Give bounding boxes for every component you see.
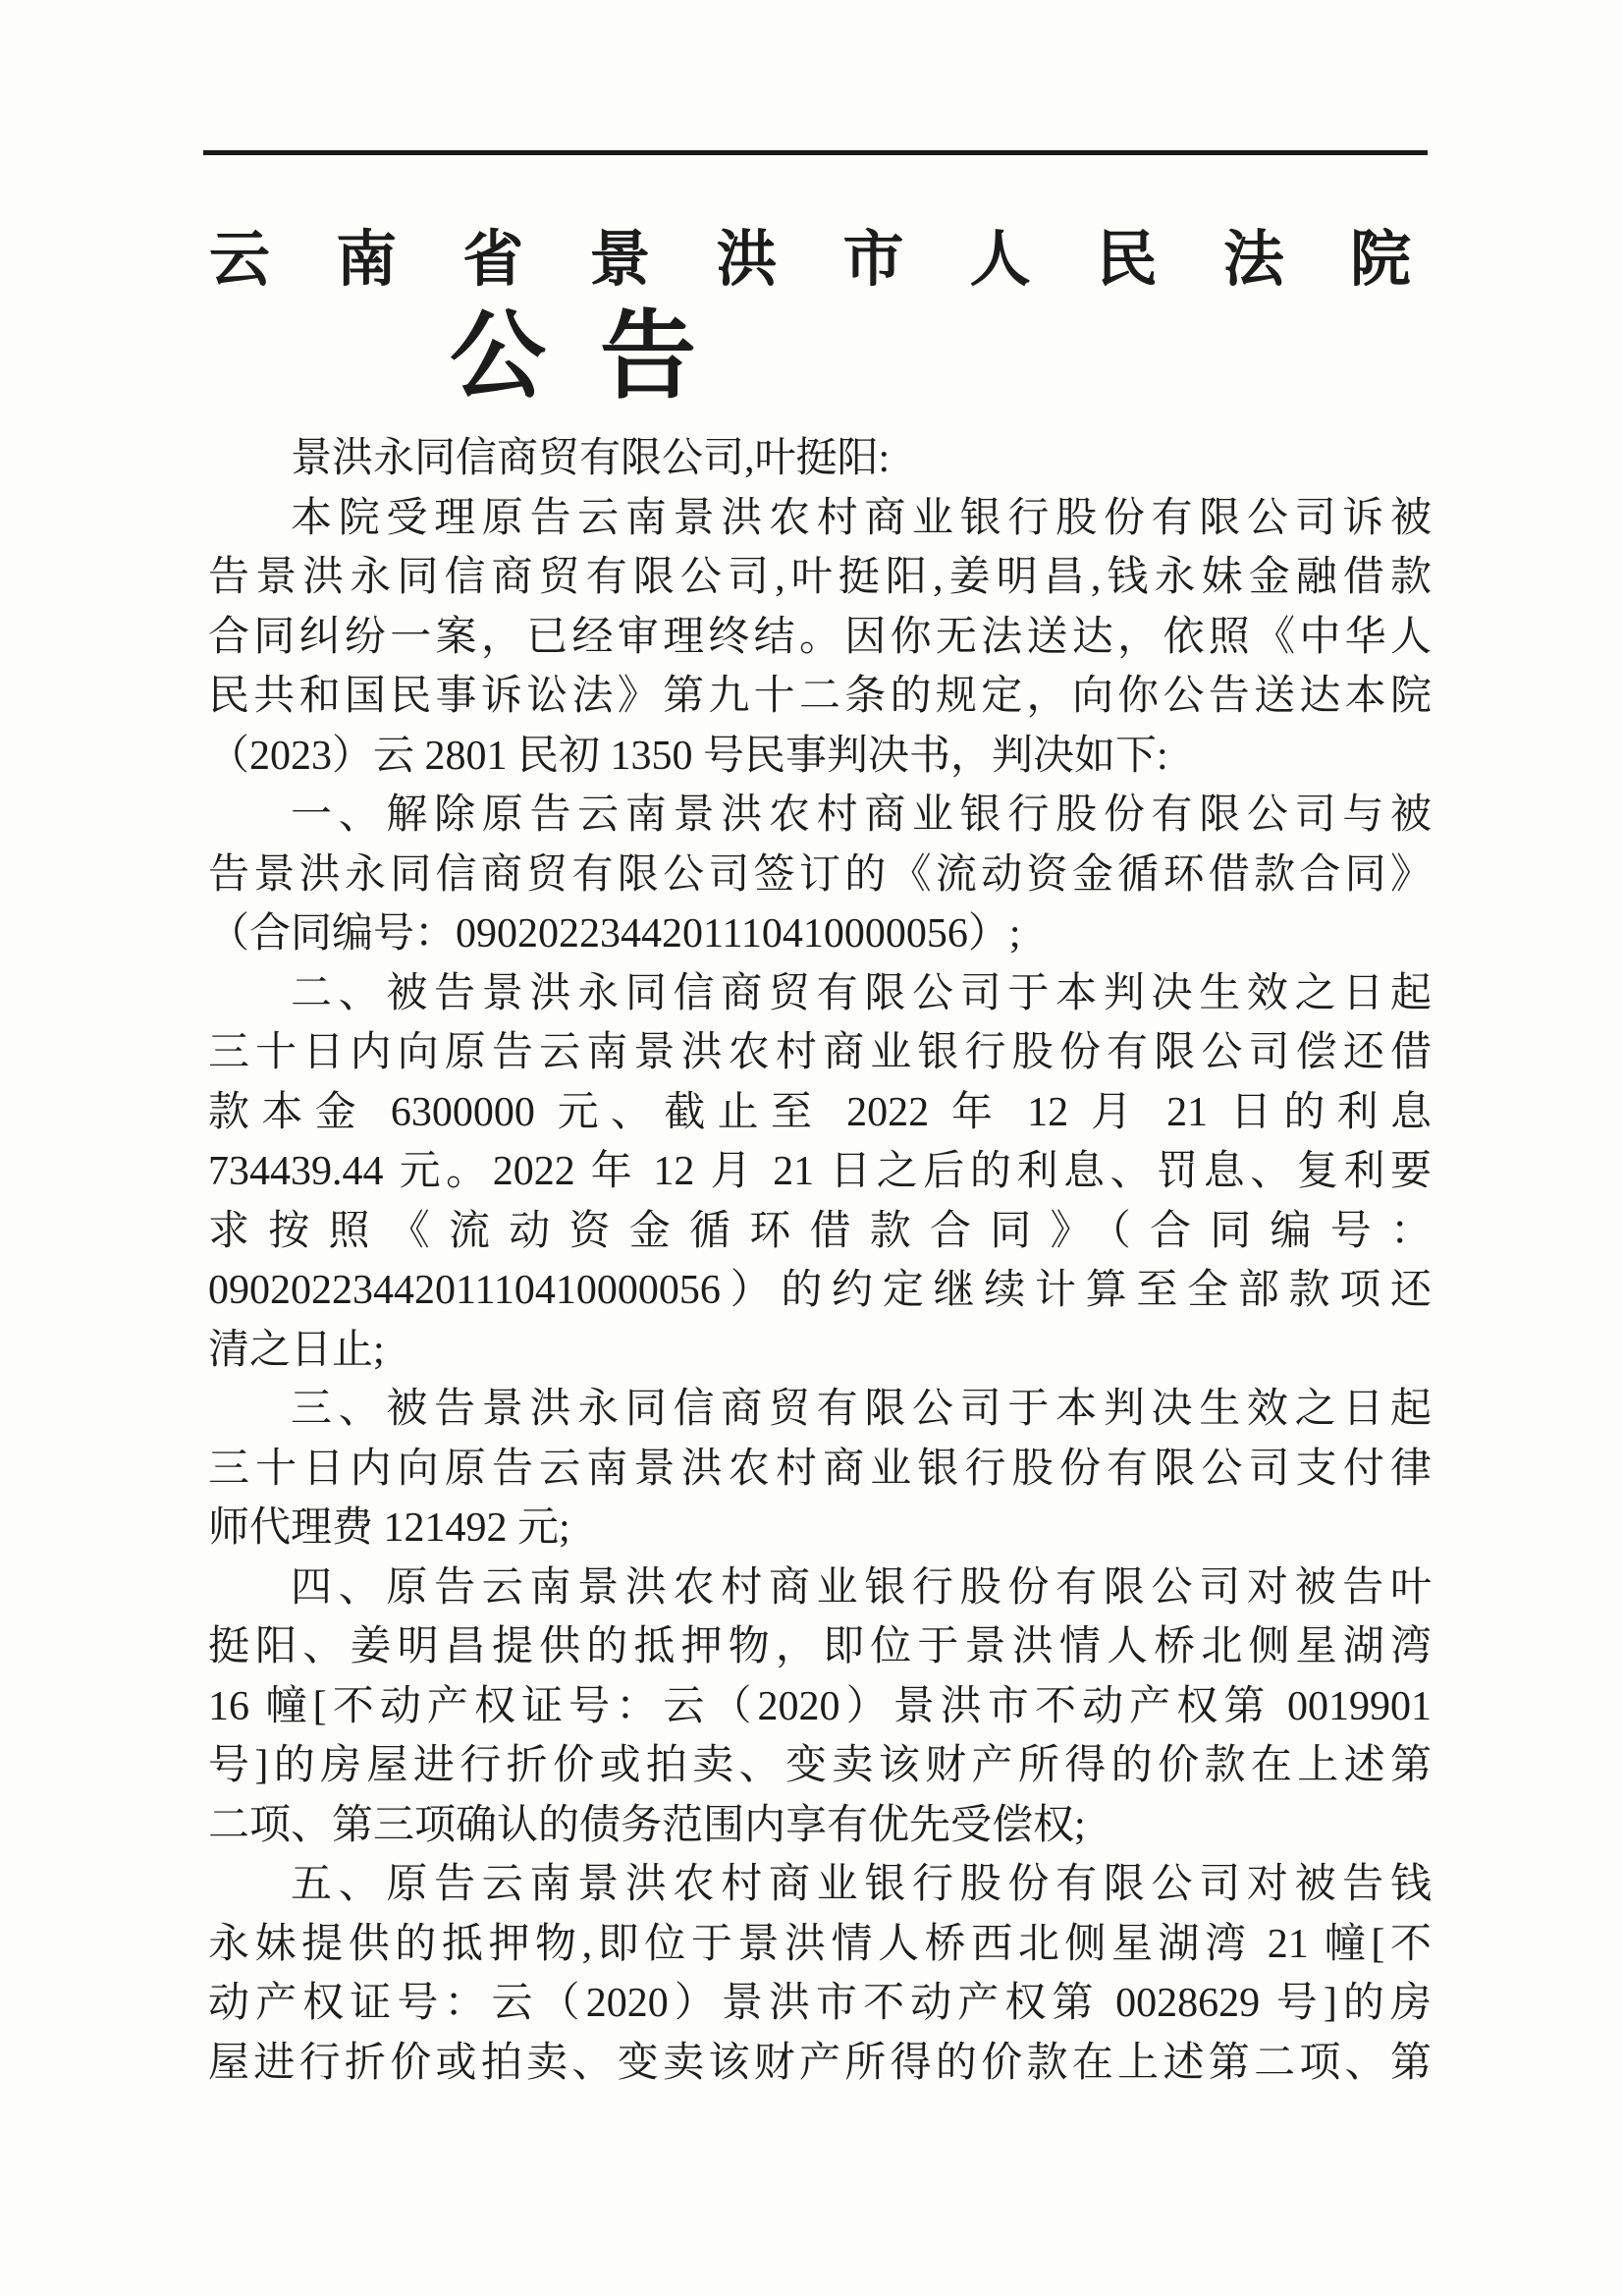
body-line: 师代理费 121492 元; xyxy=(208,1499,1432,1558)
body-line: 0902022344201110410000056）的约定继续计算至全部款项还 xyxy=(208,1261,1432,1321)
header-divider xyxy=(203,150,1428,155)
body-line: 景洪永同信商贸有限公司,叶挺阳: xyxy=(208,429,1432,489)
body-line: 求按照《流动资金循环借款合同》（合同编号： xyxy=(208,1202,1432,1262)
body-line: 16 幢[不动产权证号：云（2020）景洪市不动产权第 0019901 xyxy=(208,1677,1432,1737)
body-line: 号]的房屋进行折价或拍卖、变卖该财产所得的价款在上述第 xyxy=(208,1736,1432,1796)
body-line: 动产权证号：云（2020）景洪市不动产权第 0028629 号]的房 xyxy=(208,1974,1432,2034)
body-line: 四、原告云南景洪农村商业银行股份有限公司对被告叶 xyxy=(208,1558,1432,1618)
body-line: 挺阳、姜明昌提供的抵押物，即位于景洪情人桥北侧星湖湾 xyxy=(208,1617,1432,1677)
body-line: 合同纠纷一案，已经审理终结。因你无法送达，依照《中华人 xyxy=(208,608,1432,668)
body-line: 三十日内向原告云南景洪农村商业银行股份有限公司偿还借 xyxy=(208,1023,1432,1083)
body-line: 永妹提供的抵押物,即位于景洪情人桥西北侧星湖湾 21 幢[不 xyxy=(208,1915,1432,1975)
body-line: 734439.44 元。2022 年 12 月 21 日之后的利息、罚息、复利要 xyxy=(208,1142,1432,1202)
court-announcement-page: 云南省景洪市人民法院 公告 景洪永同信商贸有限公司,叶挺阳:本院受理原告云南景洪… xyxy=(0,0,1623,2296)
body-line: 二、被告景洪永同信商贸有限公司于本判决生效之日起 xyxy=(208,964,1432,1024)
body-line: 民共和国民事诉讼法》第九十二条的规定，向你公告送达本院 xyxy=(208,667,1432,727)
body-line: 告景洪永同信商贸有限公司,叶挺阳,姜明昌,钱永妹金融借款 xyxy=(208,548,1432,608)
body-line: 三、被告景洪永同信商贸有限公司于本判决生效之日起 xyxy=(208,1380,1432,1440)
body-line: 清之日止; xyxy=(208,1321,1432,1381)
court-name-title: 云南省景洪市人民法院 xyxy=(209,227,1411,294)
body-line: 三十日内向原告云南景洪农村商业银行股份有限公司支付律 xyxy=(208,1440,1432,1500)
body-line: （2023）云 2801 民初 1350 号民事判决书，判决如下: xyxy=(208,727,1432,787)
body-line: （合同编号：0902022344201110410000056）; xyxy=(208,904,1432,964)
body-line: 本院受理原告云南景洪农村商业银行股份有限公司诉被 xyxy=(208,489,1432,549)
body-line: 二项、第三项确认的债务范围内享有优先受偿权; xyxy=(208,1796,1432,1856)
court-name-text: 云南省景洪市人民法院 xyxy=(209,227,1411,294)
body-line: 款本金 6300000 元、截止至 2022 年 12 月 21 日的利息 xyxy=(208,1083,1432,1143)
body-line: 一、解除原告云南景洪农村商业银行股份有限公司与被 xyxy=(208,786,1432,846)
body-line: 五、原告云南景洪农村商业银行股份有限公司对被告钱 xyxy=(208,1855,1432,1915)
announcement-body: 景洪永同信商贸有限公司,叶挺阳:本院受理原告云南景洪农村商业银行股份有限公司诉被… xyxy=(208,429,1432,2093)
announcement-title: 公告 xyxy=(450,302,750,413)
body-line: 告景洪永同信商贸有限公司签订的《流动资金循环借款合同》 xyxy=(208,846,1432,905)
body-line: 屋进行折价或拍卖、变卖该财产所得的价款在上述第二项、第 xyxy=(208,2034,1432,2094)
